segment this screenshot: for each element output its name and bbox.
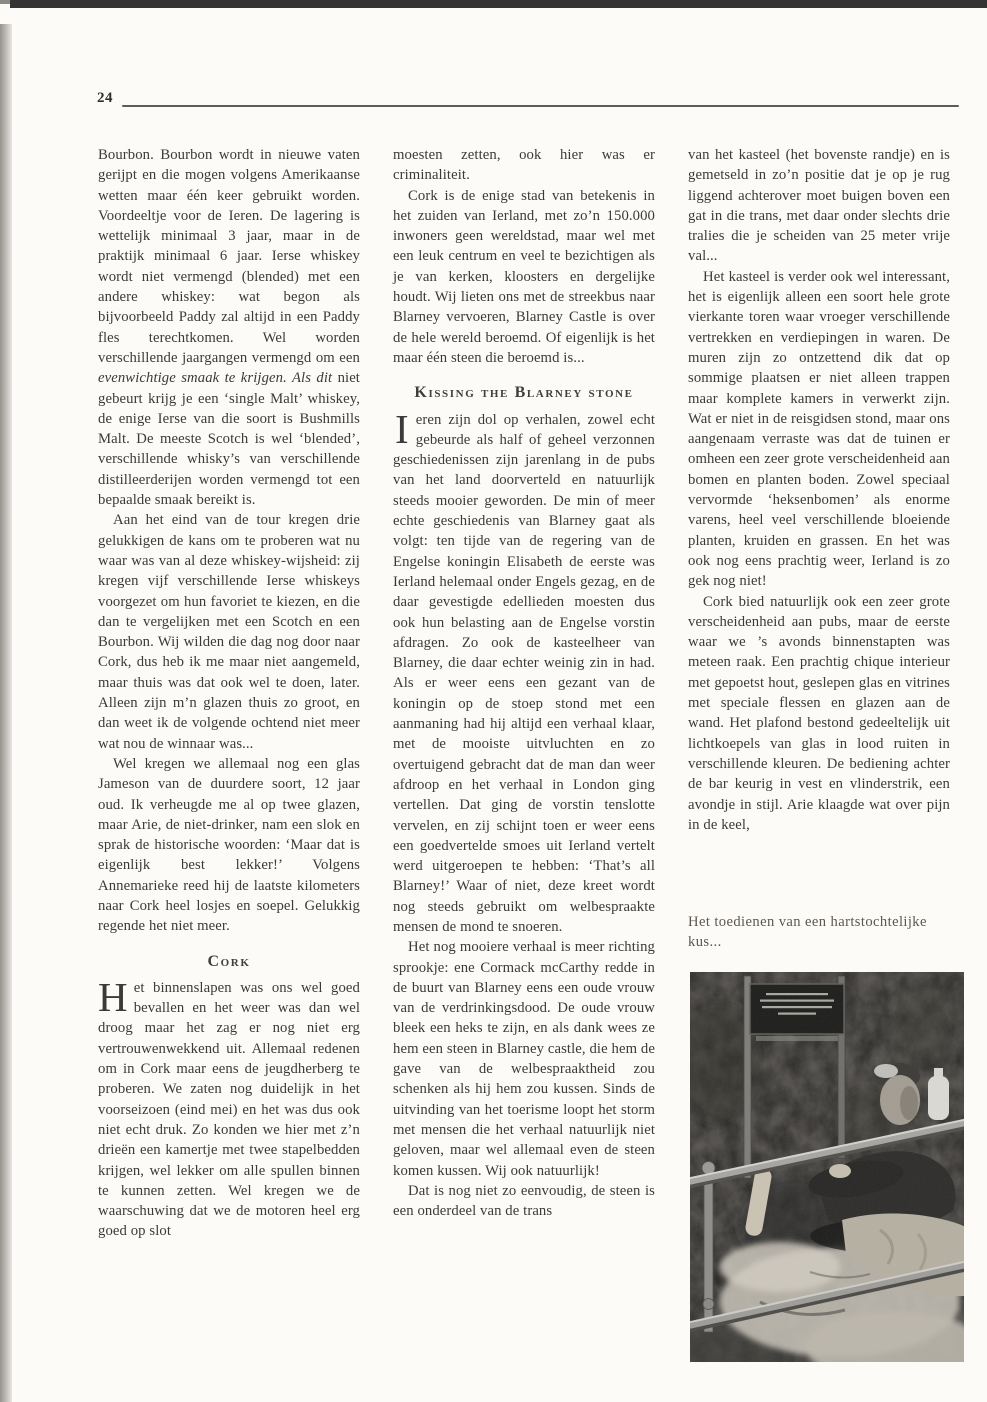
paragraph: Cork is de enige stad van betekenis in h… [393, 186, 655, 369]
magazine-page: 24 Bourbon. Bourbon wordt in nieuwe vate… [0, 0, 987, 1402]
paragraph-text: niet gebeurt krijg je een ‘single Malt’ … [98, 370, 360, 508]
drop-cap: I [393, 410, 416, 446]
paragraph: Cork bied natuurlijk ook een zeer grote … [688, 592, 950, 836]
section-heading-cork: Cork [98, 952, 360, 972]
paragraph: Het nog mooiere verhaal is meer richting… [393, 937, 655, 1181]
paragraph: Bourbon. Bourbon wordt in nieuwe vaten g… [98, 145, 360, 510]
paragraph: moesten zetten, ook hier was er criminal… [393, 145, 655, 186]
blarney-stone-photo [690, 972, 964, 1362]
paragraph-text-italic: evenwichtige smaak te krijgen. Als dit [98, 370, 332, 386]
text-column-2: moesten zetten, ook hier was er criminal… [393, 145, 655, 1221]
photo-caption: Het toedienen van een hartstochte­lijke … [688, 912, 956, 952]
header-rule [122, 105, 959, 107]
page-number: 24 [97, 90, 113, 107]
paragraph: Het kasteel is verder ook wel interessan… [688, 267, 950, 592]
text-column-1: Bourbon. Bourbon wordt in nieuwe vaten g… [98, 145, 360, 1242]
scan-edge-left [0, 24, 12, 1402]
paragraph-text: eren zijn dol op verhalen, zowel echt ge… [393, 412, 655, 935]
drop-cap: H [98, 978, 134, 1014]
paragraph: van het kasteel (het bovenste randje) en… [688, 145, 950, 267]
text-column-3: van het kasteel (het bovenste randje) en… [688, 145, 950, 835]
paragraph-text: Bourbon. Bourbon wordt in nieuwe vaten g… [98, 147, 360, 366]
scan-edge-corner [0, 0, 10, 4]
paragraph: Het binnenslapen was ons wel goed bevall… [98, 978, 360, 1242]
paragraph: Aan het eind van de tour kregen drie gel… [98, 510, 360, 754]
scan-edge-top [10, 0, 987, 8]
paragraph-text: et binnenslapen was ons wel goed bevalle… [98, 980, 360, 1240]
paragraph: Wel kregen we allemaal nog een glas Jame… [98, 754, 360, 937]
section-heading-kissing-the-blarney-stone: Kissing the Blarney stone [393, 383, 655, 403]
photo-illustration [690, 972, 964, 1362]
paragraph: Ieren zijn dol op verhalen, zowel echt g… [393, 410, 655, 938]
paragraph: Dat is nog niet zo eenvoudig, de steen i… [393, 1181, 655, 1222]
